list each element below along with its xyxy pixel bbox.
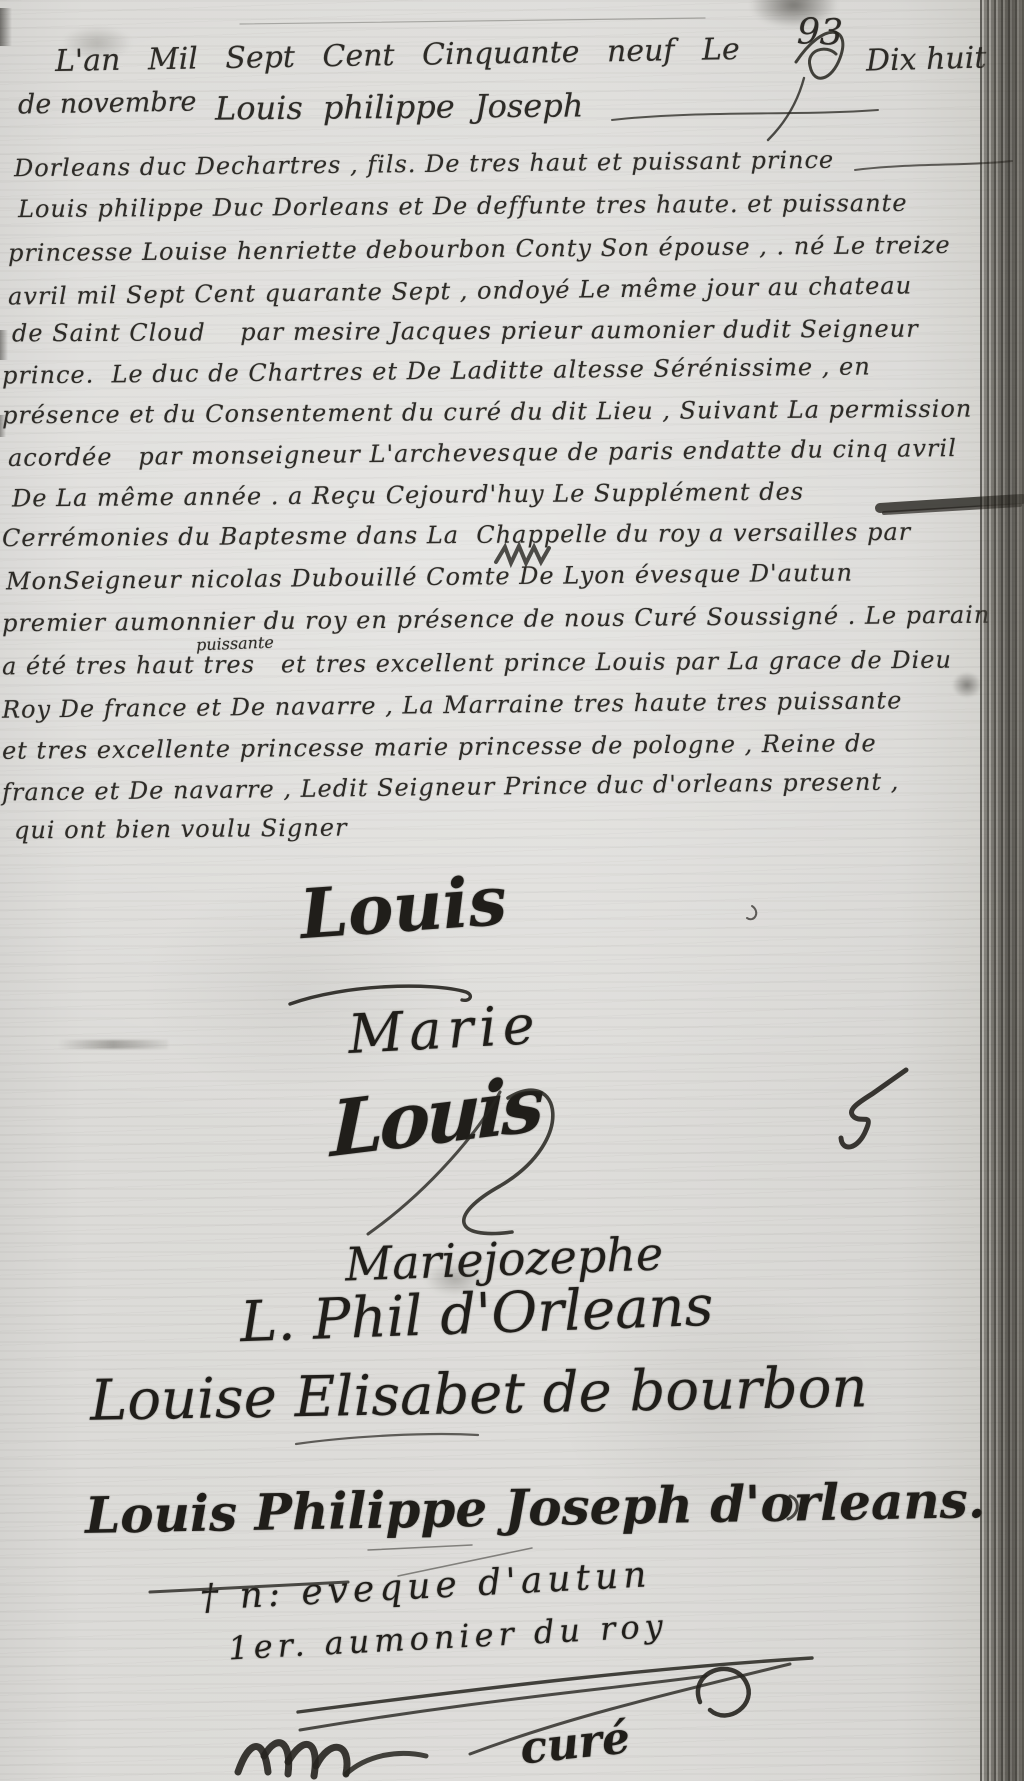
signature-louis-philippe-joseph: Louis Philippe Joseph d'orleans. [85,1470,986,1545]
record-line: de Saint Cloud par mesire Jacques prieur… [12,317,919,346]
record-line: Cerrémonies du Baptesme dans La Chappell… [2,520,911,550]
pencil-streak-left [58,1040,168,1049]
edge-nick-top-left [0,8,12,46]
record-line: Roy De france et De navarre , La Marrain… [2,688,903,721]
header-date-start: L'an Mil Sept Cent Cinquante neuf Le [55,32,740,79]
record-line: premier aumonnier du roy en présence de … [2,603,991,636]
record-line: acordée par monseigneur L'archevesque de… [8,436,957,470]
record-line: france et De navarre , Ledit Seigneur Pr… [2,770,900,805]
record-line: et tres excellente princesse marie princ… [2,731,877,763]
header-date-end: Dix huit [866,40,987,78]
signature-l-phil-dorleans: L. Phil d'Orleans [239,1274,714,1355]
header-child-name: Louis philippe Joseph [215,86,584,127]
record-line: Dorleans duc Dechartres , fils. De tres … [14,148,834,181]
signature-louis: Louis [297,861,509,955]
record-line: prince. Le duc de Chartres et De Laditte… [2,354,871,387]
signature-marie: Marie [346,993,542,1066]
interline-insertion: puissante [196,633,274,655]
manuscript-scan: 93 L'an Mil Sept Cent Cinquante neuf Le … [0,0,1024,1781]
record-line: De La même année . a Reçu Cejourd'huy Le… [12,480,804,511]
record-line: qui ont bien voulu Signer [14,816,348,843]
record-line: avril mil Sept Cent quarante Sept , ondo… [8,273,912,308]
record-line: MonSeigneur nicolas Dubouillé Comte De L… [6,561,853,594]
page-number: 93 [796,11,843,54]
record-line: a été tres haut tres et tres excellent p… [2,648,952,679]
signature-louise-elisabet: Louise Elisabet de bourbon [89,1355,868,1434]
record-line: princesse Louise henriette debourbon Con… [8,233,951,265]
record-line: présence et du Consentement du curé du d… [2,397,972,428]
header-month: de novembre [18,86,197,120]
record-line: Louis philippe Duc Dorleans et De deffun… [18,191,908,221]
signature-aumonier-roy: 1er. aumonier du roy [227,1607,668,1668]
edge-nick-left-1 [0,330,8,360]
binding-edge [980,0,1024,1781]
smudge-right-edge [952,672,982,698]
signature-eveque-autun: † n: eveque d'autun [199,1554,652,1619]
signature-louis-dauphin: Louis [330,1059,541,1175]
signature-cure: curé [518,1712,633,1774]
